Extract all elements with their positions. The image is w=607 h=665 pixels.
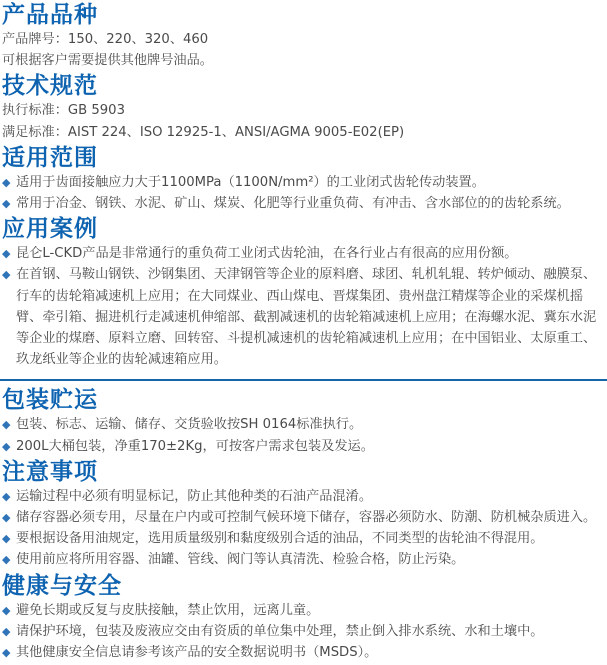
line-text: 可根据客户需要提供其他牌号油品。 bbox=[2, 50, 604, 71]
diamond-bullet-icon: ◆ bbox=[2, 193, 16, 214]
line-text: 适用于齿面接触应力大于1100MPa（1100N/mm²）的工业闭式齿轮传动装置… bbox=[16, 172, 604, 193]
text-line: ◆ 其他健康安全信息请参考该产品的安全数据说明书（MSDS）。 bbox=[2, 642, 604, 663]
diamond-bullet-icon: ◆ bbox=[2, 507, 16, 528]
line-text: 昆仑L-CKD产品是非常通行的重负荷工业闭式齿轮油，在各行业占有很高的应用份额。 bbox=[16, 243, 604, 264]
diamond-bullet-icon: ◆ bbox=[2, 528, 16, 549]
text-line: ◆ 包装、标志、运输、储存、交货验收按SH 0164标准执行。 bbox=[2, 414, 604, 435]
line-text: 运输过程中必须有明显标记，防止其他种类的石油产品混淆。 bbox=[16, 486, 604, 507]
section-lines: 产品牌号：150、220、320、460 可根据客户需要提供其他牌号油品。 bbox=[2, 29, 604, 71]
diamond-bullet-icon: ◆ bbox=[2, 486, 16, 507]
text-line: 执行标准：GB 5903 bbox=[2, 100, 604, 121]
section-title: 适用范围 bbox=[2, 146, 604, 170]
diamond-bullet-icon: ◆ bbox=[2, 549, 16, 570]
diamond-bullet-icon: ◆ bbox=[2, 642, 16, 663]
text-line: ◆ 请保护环境，包装及废液应交由有资质的单位集中处理，禁止倒入排水系统、水和土壤… bbox=[2, 621, 604, 642]
section-lines: ◆ 适用于齿面接触应力大于1100MPa（1100N/mm²）的工业闭式齿轮传动… bbox=[2, 172, 604, 214]
line-text: 产品牌号：150、220、320、460 bbox=[2, 29, 604, 50]
section-lines: 执行标准：GB 5903 满足标准：AIST 224、ISO 12925-1、A… bbox=[2, 100, 604, 142]
line-text: 其他健康安全信息请参考该产品的安全数据说明书（MSDS）。 bbox=[16, 642, 604, 663]
diamond-bullet-icon: ◆ bbox=[2, 172, 16, 193]
section-health-safety: 健康与安全 ◆ 避免长期或反复与皮肤接触，禁止饮用，远离儿童。 ◆ 请保护环境，… bbox=[2, 574, 604, 664]
text-line: ◆ 使用前应将所用容器、油罐、管线、阀门等认真清洗、检验合格，防止污染。 bbox=[2, 549, 604, 570]
section-lines: ◆ 包装、标志、运输、储存、交货验收按SH 0164标准执行。 ◆ 200L大桶… bbox=[2, 414, 604, 456]
line-text: 200L大桶包装，净重170±2Kg，可按客户需求包装及发运。 bbox=[16, 436, 604, 457]
diamond-bullet-icon: ◆ bbox=[2, 436, 16, 457]
section-lines: ◆ 运输过程中必须有明显标记，防止其他种类的石油产品混淆。 ◆ 储存容器必须专用… bbox=[2, 486, 604, 571]
section-product-varieties: 产品品种 产品牌号：150、220、320、460 可根据客户需要提供其他牌号油… bbox=[2, 3, 604, 71]
line-text: 请保护环境，包装及废液应交由有资质的单位集中处理，禁止倒入排水系统、水和土壤中。 bbox=[16, 621, 604, 642]
diamond-bullet-icon: ◆ bbox=[2, 264, 16, 285]
section-title: 技术规范 bbox=[2, 74, 604, 98]
section-title: 注意事项 bbox=[2, 460, 604, 484]
section-title: 产品品种 bbox=[2, 3, 604, 27]
line-text: 储存容器必须专用，尽量在户内或可控制气候环境下储存，容器必须防水、防潮、防机械杂… bbox=[16, 507, 604, 528]
diamond-bullet-icon: ◆ bbox=[2, 621, 16, 642]
line-text: 在首钢、马鞍山钢铁、沙钢集团、天津钢管等企业的原料磨、球团、轧机轧辊、转炉倾动、… bbox=[16, 264, 604, 370]
diamond-bullet-icon: ◆ bbox=[2, 243, 16, 264]
line-text: 使用前应将所用容器、油罐、管线、阀门等认真清洗、检验合格，防止污染。 bbox=[16, 549, 604, 570]
line-text: 包装、标志、运输、储存、交货验收按SH 0164标准执行。 bbox=[16, 414, 604, 435]
text-line: 产品牌号：150、220、320、460 bbox=[2, 29, 604, 50]
section-application-cases: 应用案例 ◆ 昆仑L-CKD产品是非常通行的重负荷工业闭式齿轮油，在各行业占有很… bbox=[2, 217, 604, 370]
text-line: ◆ 避免长期或反复与皮肤接触，禁止饮用，远离儿童。 bbox=[2, 600, 604, 621]
section-applicable-scope: 适用范围 ◆ 适用于齿面接触应力大于1100MPa（1100N/mm²）的工业闭… bbox=[2, 146, 604, 214]
section-title: 应用案例 bbox=[2, 217, 604, 241]
text-line: 满足标准：AIST 224、ISO 12925-1、ANSI/AGMA 9005… bbox=[2, 122, 604, 143]
section-lines: ◆ 昆仑L-CKD产品是非常通行的重负荷工业闭式齿轮油，在各行业占有很高的应用份… bbox=[2, 243, 604, 370]
text-line: ◆ 200L大桶包装，净重170±2Kg，可按客户需求包装及发运。 bbox=[2, 436, 604, 457]
line-text: 常用于冶金、钢铁、水泥、矿山、煤炭、化肥等行业重负荷、有冲击、含水部位的的齿轮系… bbox=[16, 193, 604, 214]
section-packaging-storage-transport: 包装贮运 ◆ 包装、标志、运输、储存、交货验收按SH 0164标准执行。 ◆ 2… bbox=[2, 379, 604, 456]
line-text: 满足标准：AIST 224、ISO 12925-1、ANSI/AGMA 9005… bbox=[2, 122, 604, 143]
line-text: 执行标准：GB 5903 bbox=[2, 100, 604, 121]
section-technical-specifications: 技术规范 执行标准：GB 5903 满足标准：AIST 224、ISO 1292… bbox=[2, 74, 604, 142]
text-line: ◆ 常用于冶金、钢铁、水泥、矿山、煤炭、化肥等行业重负荷、有冲击、含水部位的的齿… bbox=[2, 193, 604, 214]
section-precautions: 注意事项 ◆ 运输过程中必须有明显标记，防止其他种类的石油产品混淆。 ◆ 储存容… bbox=[2, 460, 604, 571]
diamond-bullet-icon: ◆ bbox=[2, 414, 16, 435]
text-line: 可根据客户需要提供其他牌号油品。 bbox=[2, 50, 604, 71]
text-line: ◆ 储存容器必须专用，尽量在户内或可控制气候环境下储存，容器必须防水、防潮、防机… bbox=[2, 507, 604, 528]
text-line: ◆ 昆仑L-CKD产品是非常通行的重负荷工业闭式齿轮油，在各行业占有很高的应用份… bbox=[2, 243, 604, 264]
text-line: ◆ 要根据设备用油规定，选用质量级别和黏度级别合适的油品，不同类型的齿轮油不得混… bbox=[2, 528, 604, 549]
text-line: ◆ 适用于齿面接触应力大于1100MPa（1100N/mm²）的工业闭式齿轮传动… bbox=[2, 172, 604, 193]
section-lines: ◆ 避免长期或反复与皮肤接触，禁止饮用，远离儿童。 ◆ 请保护环境，包装及废液应… bbox=[2, 600, 604, 664]
line-text: 避免长期或反复与皮肤接触，禁止饮用，远离儿童。 bbox=[16, 600, 604, 621]
line-text: 要根据设备用油规定，选用质量级别和黏度级别合适的油品，不同类型的齿轮油不得混用。 bbox=[16, 528, 604, 549]
section-title: 健康与安全 bbox=[2, 574, 604, 598]
text-line: ◆ 在首钢、马鞍山钢铁、沙钢集团、天津钢管等企业的原料磨、球团、轧机轧辊、转炉倾… bbox=[2, 264, 604, 370]
document-body: 产品品种 产品牌号：150、220、320、460 可根据客户需要提供其他牌号油… bbox=[0, 0, 607, 663]
section-divider bbox=[0, 379, 607, 381]
section-title: 包装贮运 bbox=[2, 388, 604, 412]
text-line: ◆ 运输过程中必须有明显标记，防止其他种类的石油产品混淆。 bbox=[2, 486, 604, 507]
sections: 产品品种 产品牌号：150、220、320、460 可根据客户需要提供其他牌号油… bbox=[2, 3, 604, 663]
diamond-bullet-icon: ◆ bbox=[2, 600, 16, 621]
